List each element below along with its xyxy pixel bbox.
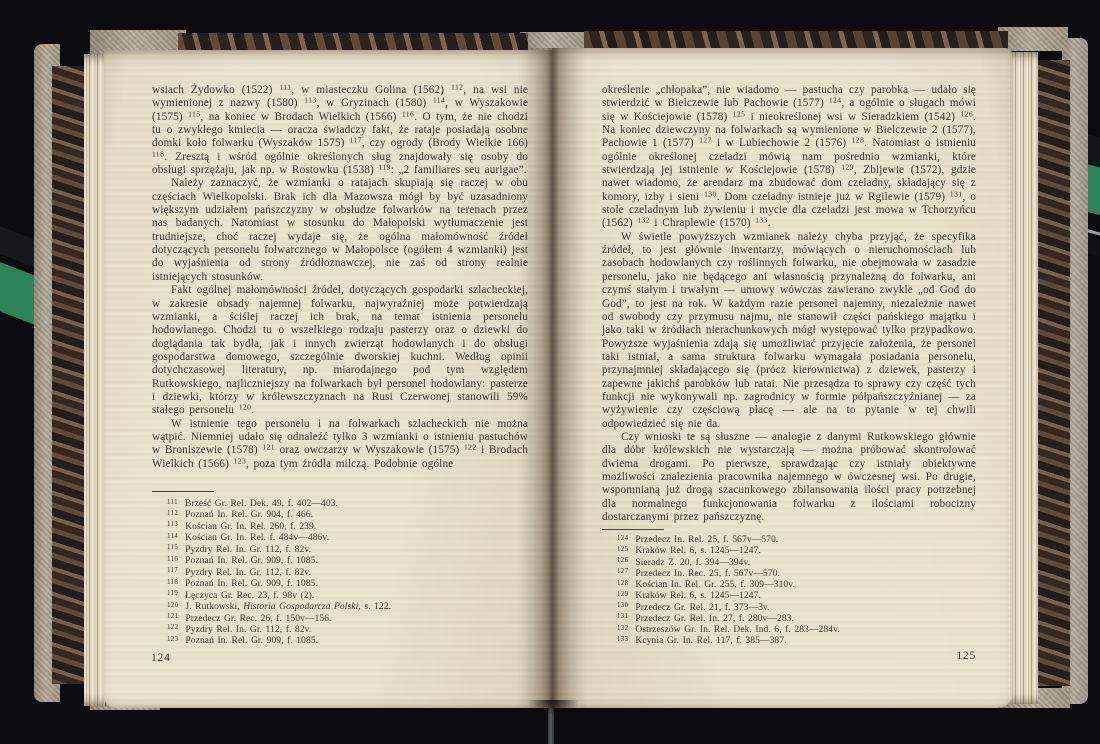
marbled-edge-top-left <box>178 33 528 51</box>
footnote: 130Przedecz Gr. Rel. 21, f. 373—3v. <box>602 603 982 614</box>
footnote: 126Sieradz Z. 20, f. 394—394v. <box>602 558 982 569</box>
footnote-number: 111 <box>167 499 178 506</box>
cover-corner-top-right <box>998 27 1068 51</box>
footnote: 115Pyzdry Rel. In. Gr. 112, f. 82v. <box>152 545 532 556</box>
footnote-number: 116 <box>167 556 178 563</box>
paragraph: W świetle powyższych wzmianek należy chy… <box>602 231 976 431</box>
footnote: 111Brześć Gr. Rel. Dek. 49, f. 402—403. <box>152 499 532 510</box>
left-page-text: wsiach Żydowko (1522) 111, w miasteczku … <box>152 84 528 471</box>
footnote-number: 126 <box>617 557 628 564</box>
left-page-footnotes: 111Brześć Gr. Rel. Dek. 49, f. 402—403.1… <box>152 499 532 648</box>
book-scan: wsiach Żydowko (1522) 111, w miasteczku … <box>0 0 1100 744</box>
paragraph: Czy wnioski te są słuszne — analogie z d… <box>602 431 976 524</box>
footnote-number: 112 <box>167 510 178 517</box>
spine-bottom-shadow <box>528 700 578 714</box>
paragraph: W istnienie tego personelu i na folwarka… <box>152 418 528 471</box>
marbled-edge-right <box>1034 60 1070 686</box>
page-edges-right <box>1010 52 1038 704</box>
page-number-right: 125 <box>900 650 976 662</box>
footnote: 124Przedecz In. Rel. 25, f. 567v—570. <box>602 535 982 546</box>
footnote: 123Poznań In. Rel. Gr. 909, f. 1085. <box>152 636 532 647</box>
footnote: 133Kcynia Gr. In. Rel. 117, f. 385—387. <box>602 636 982 647</box>
footnote: 127Przedecz In. Rec. 25, f. 567v—570. <box>602 569 982 580</box>
marbled-edge-top-right <box>584 31 1008 49</box>
footnote-number: 114 <box>167 533 178 540</box>
footnote: 118Poznań In. Rel. Gr. 909, f. 1085. <box>152 579 532 590</box>
footnote: 114Kościan Gr. In. Rel. f. 484v—486v. <box>152 533 532 544</box>
footnote: 122Pyzdry Rel. In. Gr. 112, f. 82v. <box>152 625 532 636</box>
footnote-number: 133 <box>617 636 628 643</box>
paragraph: Fakt ogólnej małomówności źródeł, dotycz… <box>152 284 528 417</box>
footnote-number: 120 <box>167 602 178 609</box>
footnote-number: 130 <box>617 602 628 609</box>
footnote-number: 124 <box>617 535 628 542</box>
footnote-rule-right <box>602 529 664 530</box>
footnote-number: 121 <box>167 613 178 620</box>
paragraph: wsiach Żydowko (1522) 111, w miasteczku … <box>152 84 528 177</box>
footnote: 128Kościan In. Rel. Gr. 255, f. 309—310v… <box>602 580 982 591</box>
footnote-rule-left <box>152 491 214 492</box>
footnote: 113Kościan Gr. In. Rel. 260, f. 239. <box>152 522 532 533</box>
footnote-number: 119 <box>167 590 178 597</box>
footnote-number: 117 <box>167 567 178 574</box>
footnote: 131Przedecz Gr. Rel. In. 27, f. 280v—283… <box>602 614 982 625</box>
paragraph: Należy zaznaczyć, że wzmianki o ratajach… <box>152 177 528 284</box>
footnote: 119Łęczyca Gr. Rec. 23, f. 98v (2). <box>152 591 532 602</box>
footnote: 112Poznań In. Rel. Gr. 904, f. 466. <box>152 510 532 521</box>
footnote-number: 127 <box>617 568 628 575</box>
footnote-number: 123 <box>167 636 178 643</box>
footnote: 117Pyzdry Rel. In. Gr. 112, f. 82v. <box>152 568 532 579</box>
footnote-number: 129 <box>617 591 628 598</box>
footnote-number: 131 <box>617 613 628 620</box>
footnote: 121Przedecz Gr. Rec. 26, f. 150v—156. <box>152 614 532 625</box>
footnote-number: 113 <box>167 521 178 528</box>
paragraph: określenie „chłopaka”, nie wiadomo — pas… <box>602 84 976 231</box>
footnote: 120J. Rutkowski, Historia Gospodarcza Po… <box>152 602 532 613</box>
right-page-text: określenie „chłopaka”, nie wiadomo — pas… <box>602 84 976 524</box>
footnote: 125Kraków Rel. 6, s. 1245—1247. <box>602 546 982 557</box>
footnote-number: 122 <box>167 624 178 631</box>
footnote-number: 128 <box>617 580 628 587</box>
footnote-number: 125 <box>617 546 628 553</box>
right-page-footnotes: 124Przedecz In. Rel. 25, f. 567v—570.125… <box>602 535 982 648</box>
footnote: 132Ostrzeszów Gr. In. Rel. Dek. Ind. 6, … <box>602 625 982 636</box>
footnote-number: 132 <box>617 625 628 632</box>
page-number-left: 124 <box>151 652 171 664</box>
footnote-number: 118 <box>167 579 178 586</box>
footnote: 129Kraków Rel. 6, s. 1245—1247. <box>602 591 982 602</box>
footnote-number: 115 <box>167 544 178 551</box>
footnote: 116Poznań In. Rel. Gr. 909, f. 1085. <box>152 556 532 567</box>
